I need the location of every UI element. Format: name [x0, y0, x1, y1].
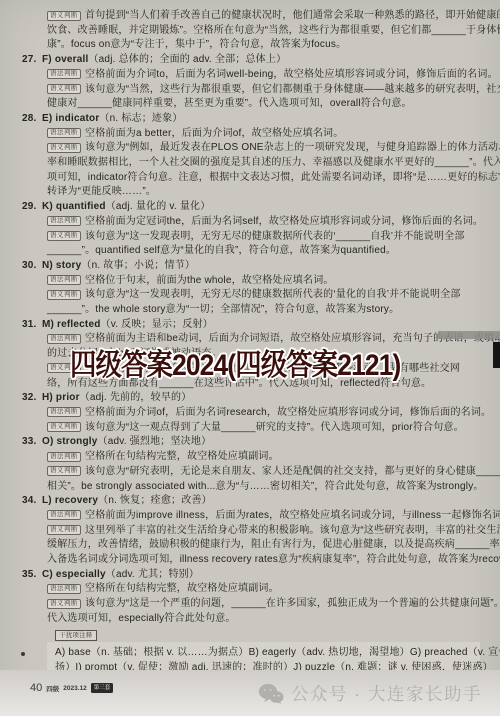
entry-pos: （adj. 量化的 v. 量化） — [106, 201, 211, 212]
entry-header: 28.E) indicator（n. 标志；迹象） — [22, 112, 480, 127]
semantic-tag: 语义判断 — [47, 466, 81, 476]
continuation-line: 代入选项可知，especially符合此处句意。 — [22, 612, 480, 627]
explanation-line: 语法判断空格所在句结构完整，故空格处应填副词。 — [22, 582, 480, 597]
explanation-line: 语义判断该句意为“这一观点得到了大量______研究的支持”。代入选项可知，pr… — [22, 421, 480, 436]
set-badge: 第三套 — [91, 683, 114, 693]
continuation-line: 康”。focus on意为“专注于，集中于”，符合句意，故答案为focus。 — [22, 38, 480, 53]
continuation-line: 缓解压力，改善情绪，鼓励积极的健康行为，阻止有害行为，促进心脏健康，以及提高疾病… — [22, 538, 480, 553]
entry-header: 33.O) strongly（adv. 强烈地；坚决地） — [22, 435, 480, 450]
grammar-tag: 语法判断 — [47, 69, 81, 79]
scan-artifact-bar — [493, 342, 500, 368]
page-number: 40 — [30, 682, 42, 694]
entry-pos: （adj. 总体的；全面的 adv. 全部；总体上） — [88, 54, 286, 65]
entry-word: K) quantified — [42, 201, 106, 212]
page-footer: 40 四级 2023.12 第三套 — [30, 682, 113, 694]
wechat-icon — [258, 683, 284, 705]
explanation-line: 语法判断空格前面为improve illness，后面为rates，故空格处应填… — [22, 509, 480, 524]
grammar-tag: 语法判断 — [47, 407, 81, 417]
continuation-line: 饮食、改善睡眠，并定期锻炼”。空格所在句意为“当然，这些行为都很重要，但它们都_… — [22, 24, 480, 39]
explanation-line: 语义判断该句意为“这是一个严重的问题，______在许多国家，孤独正成为一个普遍… — [22, 597, 480, 612]
semantic-tag: 语义判断 — [47, 11, 81, 21]
continuation-line: 转译为“更能反映……”。 — [22, 185, 480, 200]
entry-word: M) reflected — [42, 319, 101, 330]
explanation-line: 语义判断首句提到“当人们着手改善自己的健康状况时，他们通常会采取一种熟悉的路径，… — [22, 9, 480, 24]
entry-pos: （adv. 尤其；特别） — [106, 569, 199, 580]
entry-header: 29.K) quantified（adj. 量化的 v. 量化） — [22, 200, 480, 215]
entry-number: 34. — [22, 494, 42, 509]
entry-number: 32. — [22, 391, 42, 406]
semantic-tag: 语义判断 — [47, 525, 81, 535]
grammar-tag: 语法判断 — [47, 275, 81, 285]
entry-pos: （n. 故事；小说；情节） — [81, 260, 195, 271]
explanation-line: 语法判断空格前面为介词to，后面为名词well-being，故空格处应填形容词或… — [22, 68, 480, 83]
explanation-line: 语法判断空格前面为介词of，后面为名词research，故空格处应填形容词或分词… — [22, 406, 480, 421]
entry-header: 31.M) reflected（v. 反映；显示；反射） — [22, 318, 480, 333]
semantic-tag: 语义判断 — [47, 290, 81, 300]
continuation-line: 健康对______健康同样重要，甚至更为重要”。代入选项可知，overall符合… — [22, 97, 480, 112]
margin-dot — [21, 652, 25, 656]
explanation-line: 语义判断该句意为“这一发现表明，无穷无尽的健康数据所代表的‘量化的自我’并不能说… — [22, 288, 480, 303]
semantic-tag: 语义判断 — [47, 84, 81, 94]
note-line: A) base（n. 基础；根据 v. 以……为据点）B) eagerly（ad… — [55, 645, 472, 660]
entry-number: 35. — [22, 568, 42, 583]
grammar-tag: 语法判断 — [47, 510, 81, 520]
entry-number: 28. — [22, 112, 42, 127]
entry-number: 29. — [22, 200, 42, 215]
entry-pos: （n. 标志；迹象） — [99, 113, 182, 124]
answers-watermark-title: 四级答案2024(四级答案2121) — [70, 340, 400, 384]
entry-number: 31. — [22, 318, 42, 333]
entry-word: N) story — [42, 260, 81, 271]
entry-pos: （adv. 强烈地；坚决地） — [98, 436, 212, 447]
entry-header: 32.H) prior（adj. 先前的，较早的） — [22, 391, 480, 406]
entry-pos: （v. 反映；显示；反射） — [101, 319, 213, 330]
explanation-line: 语义判断该句意为“研究表明，无论是来自朋友、家人还是配偶的社交支持，都与更好的身… — [22, 465, 480, 480]
semantic-tag: 语义判断 — [47, 143, 81, 153]
grammar-tag: 语法判断 — [47, 584, 81, 594]
entry-number: 27. — [22, 53, 42, 68]
entry-pos: （adj. 先前的，较早的） — [80, 392, 192, 403]
semantic-tag: 语义判断 — [47, 599, 81, 609]
entry-header: 27.F) overall（adj. 总体的；全面的 adv. 全部；总体上） — [22, 53, 480, 68]
grammar-tag: 语法判断 — [47, 452, 81, 462]
wechat-watermark: 公众号 · 大连家长助手 — [258, 681, 482, 706]
scanned-page: 语义判断首句提到“当人们着手改善自己的健康状况时，他们通常会采取一种熟悉的路径，… — [0, 0, 500, 716]
entry-word: C) especially — [42, 569, 106, 580]
explanation-line: 语义判断该句意为“这一发现表明，无穷无尽的健康数据所代表的‘______自我’并… — [22, 230, 480, 245]
explanation-line: 语义判断该句意为“当然，这些行为都很重要，但它们都侧重于身体健康——越来越多的研… — [22, 83, 480, 98]
distractor-note-label: 干扰项注释 — [55, 630, 97, 641]
watermark-text: 公众号 · 大连家长助手 — [291, 681, 482, 706]
continuation-line: 相关”。be strongly associated with...意为“与……… — [22, 480, 480, 495]
entry-word: H) prior — [42, 392, 80, 403]
entry-number: 33. — [22, 435, 42, 450]
explanation-line: 语义判断这里列举了丰富的社交生活给身心带来的积极影响。该句意为“这些研究表明，丰… — [22, 524, 480, 539]
entry-header: 30.N) story（n. 故事；小说；情节） — [22, 259, 480, 274]
explanation-line: 语法判断空格前面为a better，后面为介词of，故空格处应填名词。 — [22, 127, 480, 142]
entry-word: O) strongly — [42, 436, 98, 447]
explanation-line: 语法判断空格位于句末，前面为the whole，故空格处应填名词。 — [22, 274, 480, 289]
continuation-line: ______”。the whole story意为“一切；全部情况”，符合句意，… — [22, 303, 480, 318]
grammar-tag: 语法判断 — [47, 216, 81, 226]
entry-pos: （n. 恢复；痊愈；改善） — [98, 495, 212, 506]
continuation-line: 项可知，indicator符合句意。注意，根据中文表达习惯，此处需要名词动译，即… — [22, 171, 480, 186]
answer-explanations: 语义判断首句提到“当人们着手改善自己的健康状况时，他们通常会采取一种熟悉的路径，… — [22, 9, 480, 627]
exam-label: 四级 — [46, 684, 59, 693]
continuation-line: ______”。quantified self意为“量化的自我”，符合句意，故答… — [22, 244, 480, 259]
entry-number: 30. — [22, 259, 42, 274]
semantic-tag: 语义判断 — [47, 231, 81, 241]
entry-word: E) indicator — [42, 113, 99, 124]
entry-header: 35.C) especially（adv. 尤其；特别） — [22, 568, 480, 583]
semantic-tag: 语义判断 — [47, 422, 81, 432]
grammar-tag: 语法判断 — [47, 128, 81, 138]
continuation-line: 率和睡眠数据相比，一个人社交圈的强度是其自述的压力、幸福感以及健康水平更好的__… — [22, 156, 480, 171]
scan-artifact-band — [438, 331, 500, 339]
explanation-line: 语法判断空格所在句结构完整，故空格处应填副词。 — [22, 450, 480, 465]
continuation-line: 入备选名词或分词选项可知，illness recovery rates意为“疾病… — [22, 553, 480, 568]
explanation-line: 语义判断该句意为“例如，最近发表在PLOS ONE杂志上的一项研究发现，与健身追… — [22, 141, 480, 156]
exam-date: 2023.12 — [63, 685, 87, 692]
entry-word: F) overall — [42, 54, 88, 65]
explanation-line: 语法判断空格前面为定冠词the，后面为名词self，故空格处应填形容词或分词，修… — [22, 215, 480, 230]
entry-word: L) recovery — [42, 495, 98, 506]
entry-header: 34.L) recovery（n. 恢复；痊愈；改善） — [22, 494, 480, 509]
